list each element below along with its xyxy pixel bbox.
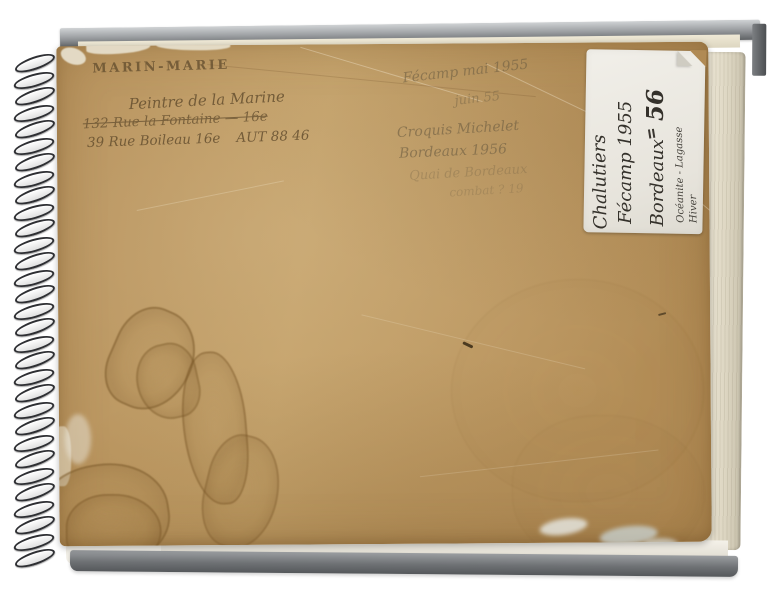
label-line-fecamp: Fécamp 1955: [613, 51, 639, 223]
label-small-line-hiver: Hiver: [684, 52, 700, 222]
handwriting-artist-name: MARIN-MARIE: [92, 58, 230, 77]
back-board-bottom-edge: [70, 550, 738, 577]
label-line-chalutiers: Chalutiers: [585, 51, 614, 229]
photo-of-sketchbook: MARIN-MARIE Peintre de la Marine 132 Rue…: [0, 0, 768, 593]
label-text-block: Chalutiers Fécamp 1955 Bordeaux56 Océani…: [585, 51, 704, 233]
paper-label: Chalutiers Fécamp 1955 Bordeaux56 Océani…: [583, 49, 705, 234]
handwriting-address-line: 39 Rue Boileau 16eAUT 88 46: [87, 128, 310, 151]
label-number-56: 56: [642, 89, 669, 121]
pencil-note-croquis: Croquis Michelet: [396, 118, 519, 141]
handwriting-phone: AUT 88 46: [236, 128, 310, 146]
pencil-note-date: juin 55: [454, 89, 501, 109]
label-line-bordeaux: Bordeaux56: [639, 52, 672, 226]
handwriting-old-address-struck: 132 Rue la Fontaine — 16e: [83, 109, 269, 133]
pencil-note-faint: combat ? 19: [449, 181, 524, 199]
sketchbook-cover: MARIN-MARIE Peintre de la Marine 132 Rue…: [56, 42, 711, 547]
spiral-binding: [13, 57, 61, 565]
scratch-line: [137, 180, 284, 211]
pencil-note-fecamp: Fécamp mai 1955: [402, 56, 529, 86]
label-bordeaux-text: Bordeaux: [647, 139, 668, 226]
paint-smudge: [65, 414, 91, 464]
pencil-note-bordeaux: Bordeaux 1956: [399, 141, 508, 162]
handwriting-address: 39 Rue Boileau 16e: [87, 131, 221, 151]
torn-paper-edge: [58, 44, 88, 68]
pencil-note-faint: Quai de Bordeaux: [409, 162, 528, 184]
